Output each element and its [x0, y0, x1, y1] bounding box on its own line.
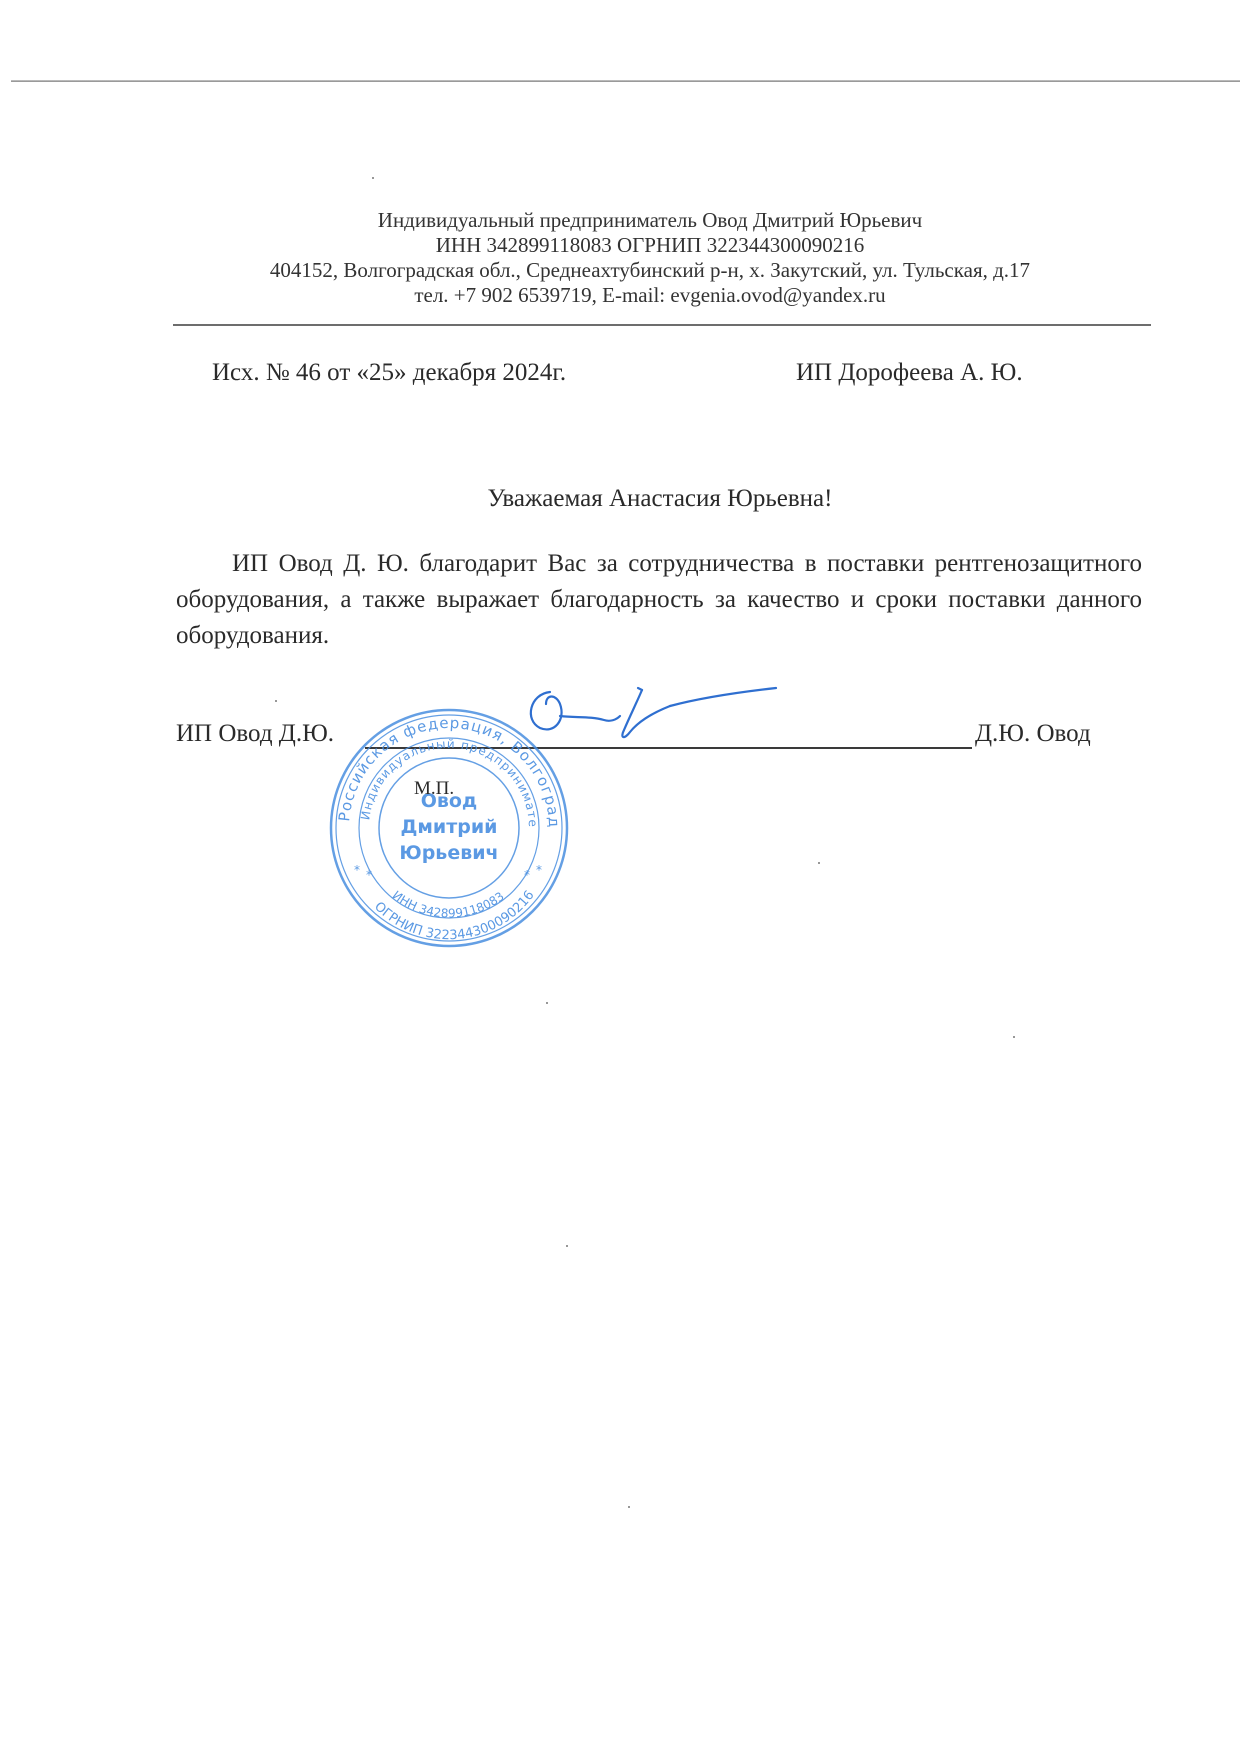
scan-speck — [372, 177, 374, 179]
outgoing-reference: Исх. № 46 от «25» декабря 2024г. — [212, 359, 566, 387]
recipient: ИП Дорофеева А. Ю. — [796, 359, 1023, 387]
svg-text:Юрьевич: Юрьевич — [399, 842, 498, 864]
scan-speck — [628, 1506, 630, 1508]
signatory-name: Д.Ю. Овод — [975, 720, 1091, 748]
handwritten-signature-icon — [520, 680, 780, 750]
letterhead-address: 404152, Волгоградская обл., Среднеахтуби… — [170, 258, 1130, 283]
letterhead-divider — [173, 324, 1151, 326]
scan-speck — [546, 1002, 548, 1004]
scan-speck — [818, 862, 820, 864]
scan-speck — [275, 700, 277, 702]
svg-text:*: * — [524, 868, 530, 882]
letterhead: Индивидуальный предприниматель Овод Дмит… — [170, 208, 1130, 308]
letterhead-company-name: Индивидуальный предприниматель Овод Дмит… — [170, 208, 1130, 233]
scan-speck — [566, 1245, 568, 1247]
letterhead-registration: ИНН 342899118083 ОГРНИП 322344300090216 — [170, 233, 1130, 258]
top-border-line — [11, 80, 1240, 82]
svg-text:*: * — [354, 863, 360, 877]
svg-text:Дмитрий: Дмитрий — [400, 816, 497, 838]
svg-text:*: * — [366, 868, 372, 882]
salutation: Уважаемая Анастасия Юрьевна! — [170, 485, 1150, 513]
seal-place-label: М.П. — [414, 778, 454, 800]
scan-speck — [1013, 1036, 1015, 1038]
svg-text:*: * — [536, 863, 542, 877]
signatory-title: ИП Овод Д.Ю. — [176, 720, 334, 748]
letter-body: ИП Овод Д. Ю. благодарит Вас за сотрудни… — [176, 546, 1142, 654]
svg-text:ИНН 342899118083: ИНН 342899118083 — [390, 888, 507, 921]
letterhead-contacts: тел. +7 902 6539719, E-mail: evgenia.ovo… — [170, 283, 1130, 308]
